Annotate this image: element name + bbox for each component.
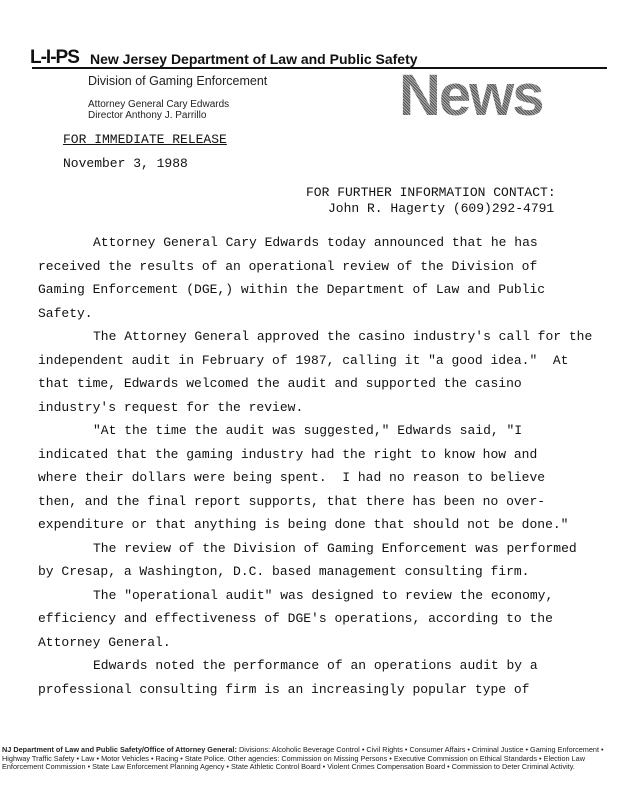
department-name: New Jersey Department of Law and Public … — [90, 51, 418, 67]
release-date: November 3, 1988 — [63, 156, 188, 171]
body-line: Attorney General. — [38, 631, 618, 655]
footer-agencies: NJ Department of Law and Public Safety/O… — [2, 746, 617, 772]
body-line: then, and the final report supports, tha… — [38, 490, 618, 514]
body-line: that time, Edwards welcomed the audit an… — [38, 372, 618, 396]
body-line: received the results of an operational r… — [38, 255, 618, 279]
body-line: where their dollars were being spent. I … — [38, 466, 618, 490]
body-line: "At the time the audit was suggested," E… — [38, 419, 618, 443]
lps-logo: L-I-PS — [30, 48, 79, 68]
contact-name: John R. Hagerty (609)292-4791 — [306, 201, 556, 217]
director: Director Anthony J. Parrillo — [88, 110, 229, 121]
release-label: FOR IMMEDIATE RELEASE — [63, 132, 227, 147]
body-line: industry's request for the review. — [38, 396, 618, 420]
body-line: The review of the Division of Gaming Enf… — [38, 537, 618, 561]
news-banner: News — [399, 68, 543, 124]
body-line: The Attorney General approved the casino… — [38, 325, 618, 349]
body-line: Safety. — [38, 302, 618, 326]
body-line: by Cresap, a Washington, D.C. based mana… — [38, 560, 618, 584]
attorney-general: Attorney General Cary Edwards — [88, 99, 229, 110]
body-line: The "operational audit" was designed to … — [38, 584, 618, 608]
body-line: Edwards noted the performance of an oper… — [38, 654, 618, 678]
body-line: Gaming Enforcement (DGE,) within the Dep… — [38, 278, 618, 302]
contact-label: FOR FURTHER INFORMATION CONTACT: — [306, 185, 556, 201]
body-line: indicated that the gaming industry had t… — [38, 443, 618, 467]
officials: Attorney General Cary Edwards Director A… — [88, 99, 229, 121]
body-line: expenditure or that anything is being do… — [38, 513, 618, 537]
press-release-body: Attorney General Cary Edwards today anno… — [38, 231, 618, 701]
body-line: Attorney General Cary Edwards today anno… — [38, 231, 618, 255]
contact-block: FOR FURTHER INFORMATION CONTACT: John R.… — [306, 185, 556, 217]
body-line: efficiency and effectiveness of DGE's op… — [38, 607, 618, 631]
body-line: professional consulting firm is an incre… — [38, 678, 618, 702]
division-name: Division of Gaming Enforcement — [88, 74, 267, 88]
body-line: independent audit in February of 1987, c… — [38, 349, 618, 373]
